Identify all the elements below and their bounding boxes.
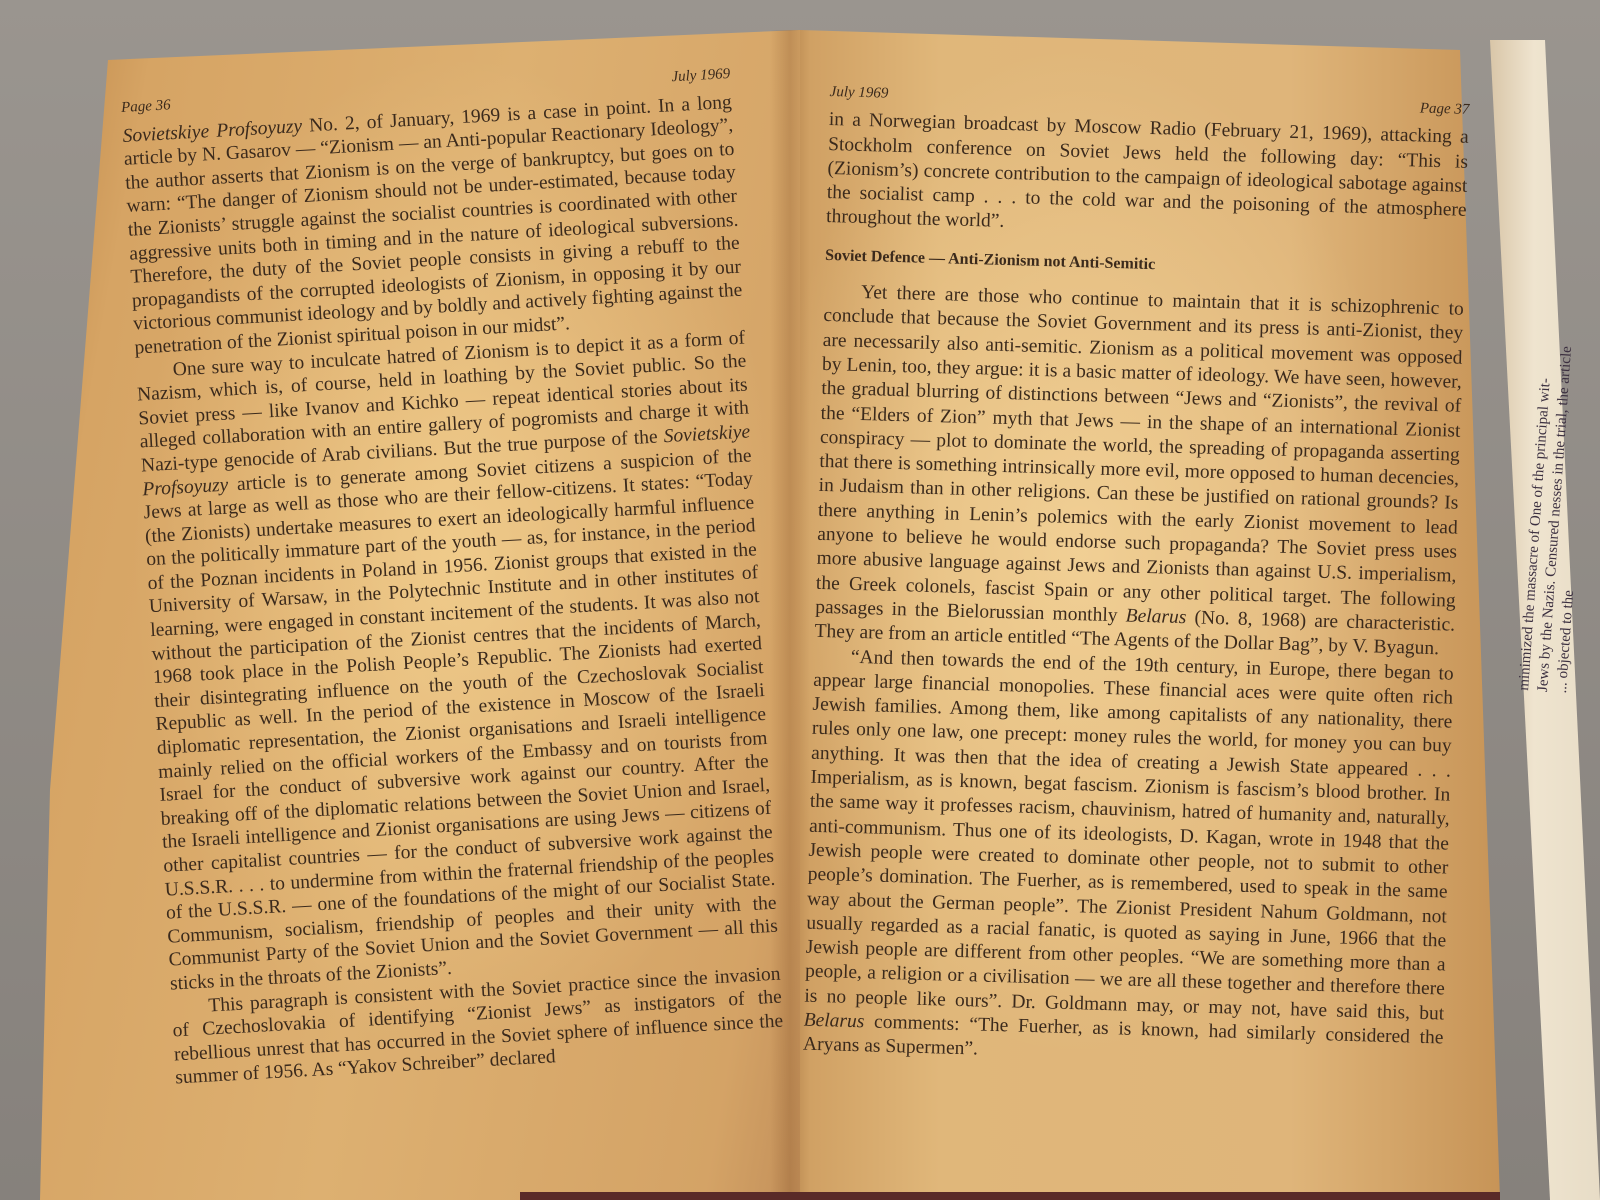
paragraph-text: “And then towards the end of the 19th ce… <box>804 646 1454 1024</box>
book-bottom-edge <box>520 1192 1500 1200</box>
open-book: Page 36 July 1969 Sovietskiye Profsoyuzy… <box>0 0 1600 1200</box>
left-paragraph-2: One sure way to inculcate hatred of Zion… <box>135 326 780 996</box>
left-page-text: Page 36 July 1969 Sovietskiye Profsoyuzy… <box>120 63 785 1090</box>
section-heading: Soviet Defence — Anti-Zionism not Anti-S… <box>825 244 1465 286</box>
page-number-left: Page 36 <box>120 94 171 120</box>
right-paragraph-3: “And then towards the end of the 19th ce… <box>803 644 1454 1075</box>
date-label-left: July 1969 <box>671 63 731 90</box>
publication-name: Belarus <box>1125 605 1186 628</box>
paragraph-text: article is to generate among Soviet citi… <box>143 445 778 995</box>
left-paragraph-1: Sovietskiye Profsoyuzy No. 2, of January… <box>122 91 744 361</box>
right-paragraph-2: Yet there are those who continue to main… <box>814 280 1464 662</box>
publication-name: Belarus <box>803 1010 864 1033</box>
page-number-right: Page 37 <box>1420 96 1470 122</box>
paragraph-text: Yet there are those who continue to main… <box>815 282 1464 626</box>
right-page-text: July 1969 Page 37 in a Norwegian broadca… <box>803 80 1470 1075</box>
right-paragraph-1: in a Norwegian broadcast by Moscow Radio… <box>826 108 1469 247</box>
date-label-right: July 1969 <box>829 80 888 106</box>
